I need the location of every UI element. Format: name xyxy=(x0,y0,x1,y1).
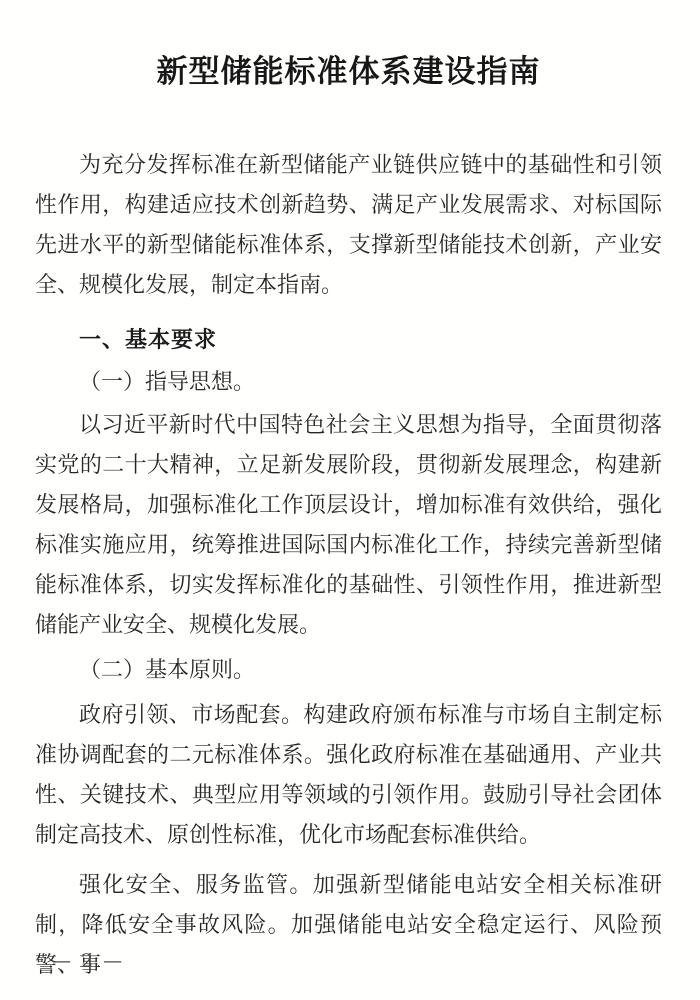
page-number: — 2 — xyxy=(52,946,124,976)
section-heading-basic-requirements: 一、基本要求 xyxy=(35,321,662,361)
document-page: 新型储能标准体系建设指南 为充分发挥标准在新型储能产业链供应链中的基础性和引领性… xyxy=(0,0,700,1000)
paragraph-intro: 为充分发挥标准在新型储能产业链供应链中的基础性和引领性作用，构建适应技术创新趋势… xyxy=(35,146,662,306)
paragraph-guiding-ideology: 以习近平新时代中国特色社会主义思想为指导，全面贯彻落实党的二十大精神，立足新发展… xyxy=(35,406,662,646)
document-title: 新型储能标准体系建设指南 xyxy=(35,50,662,94)
subsection-heading-basic-principles: （二）基本原则。 xyxy=(35,651,662,691)
paragraph-principle-government-market: 政府引领、市场配套。构建政府颁布标准与市场自主制定标准协调配套的二元标准体系。强… xyxy=(35,696,662,856)
paragraph-principle-safety-supervision: 强化安全、服务监管。加强新型储能电站安全相关标准研制，降低安全事故风险。加强储能… xyxy=(35,866,662,986)
subsection-heading-guiding-ideology: （一）指导思想。 xyxy=(35,363,662,403)
